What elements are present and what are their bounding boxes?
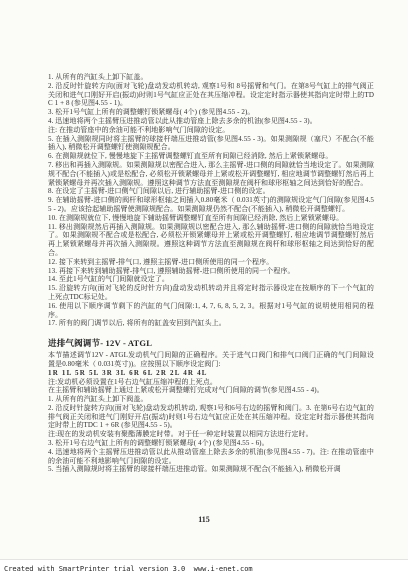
procedure-step: 3. 松开1号右边气缸上所有的调整螺钉锁紧螺母( 4个) (参见图4.55 - … xyxy=(48,439,374,448)
section-intro: 本节描述调节12V - ATGL发动机气门间隙的正确程序。关于进气口阀门和排气口… xyxy=(48,351,374,369)
procedure-step: 6. 在测隙规就位下, 慢慢地旋下主摇臂调整螺钉直至所有间隙已经消除, 然后上紧… xyxy=(48,152,374,161)
note-line: 注:现在的发动机安装有聚酯薄膜定时带。对于任一种定时装置以相同方法进行定时。 xyxy=(48,430,374,439)
note-line: 注:发动机必须设置在1号右边气缸压缩冲程的上死点。 xyxy=(48,378,374,387)
valve-order-sequence: 1R 1L 5R 5L 3R 3L 6R 6L 2R 2L 4R 4L xyxy=(48,369,374,378)
procedure-step: 2. 沿反时针旋转方向(面对飞轮)盘动发动机转动, 观察1号和 8号摇臂和气门。… xyxy=(48,82,374,108)
procedure-step: 4. 迅速地将两个主摇臂压进推动管以此从推动管座上除去多余的机油(参见图4.55… xyxy=(48,448,374,466)
procedure-step: 8. 在设定了主摇臂-进口侧气门间隙以后, 进行辅助摇臂-进口侧的设定。 xyxy=(48,187,374,196)
watermark-footer-bar: Created with SmartPrinter trial version … xyxy=(0,559,408,576)
procedure-step: 15. 沿旋转方向(面对飞轮的反时针方向)盘动发动机转动并且将定时指示器设定在按… xyxy=(48,284,374,302)
note-line: 注: 在推动管座中的余油可能不利地影响气门间隙的设定。 xyxy=(48,126,374,135)
watermark-footer-text: Created with SmartPrinter trial version … xyxy=(4,565,253,573)
procedure-step: 16. 使用以下顺序调节剩下的汽缸的气门间隙:1, 4, 7, 6, 8, 5,… xyxy=(48,302,374,320)
procedure-step: 3. 松开1号气缸上所有的调整螺钉锁紧螺母( 4个) (参见图4.55 - 2)… xyxy=(48,108,374,117)
body-text: 在主摇臂和辅助摇臂上通过上紧或松开调整螺钉完成对气门间隙的调节(参见图4.55 … xyxy=(48,386,374,395)
procedure-step: 14. 至此1号气缸的气门间隙就设定了。 xyxy=(48,275,374,284)
procedure-step: 9. 在辅助摇臂-进口侧的阀杆和球形枢轴之间插入0.80毫米（ 0.031英寸)… xyxy=(48,196,374,214)
section-heading: 进排气阀调节- 12V - ATGL xyxy=(48,337,374,349)
scanned-manual-page: { "page": { "number": "115", "footer": "… xyxy=(0,0,408,576)
procedure-step: 13. 再接下来转到辅助摇臂-排气口, 遵照辅助摇臂-进口侧所使用的同一个程序。 xyxy=(48,267,374,276)
page-number: 115 xyxy=(0,515,408,524)
procedure-step: 1. 从所有的汽缸头上卸下缸盖。 xyxy=(48,73,374,82)
page-text-block: 1. 从所有的汽缸头上卸下缸盖。 2. 沿反时针旋转方向(面对飞轮)盘动发动机转… xyxy=(48,73,374,474)
procedure-step: 1. 从所有的汽缸头上卸下阀盖。 xyxy=(48,395,374,404)
procedure-step: 10. 在测隙规就位下, 慢慢地旋下辅助摇臂调整螺钉直至所有间隙已经消除, 然后… xyxy=(48,214,374,223)
procedure-step: 11. 移出测隙规然后再插入测隙规。如果测隙规以密配合进入, 那么辅助摇臂-进口… xyxy=(48,223,374,258)
procedure-step: 5. 当插入测隙规时将主摇臂的球接杆端压进推动管。如果测隙规不配合(不能插入),… xyxy=(48,465,374,474)
procedure-step: 7. 移出和再插入测隙规。如果测隙规以密配合进入, 那么主摇臂-进口侧的间隙就恰… xyxy=(48,161,374,187)
procedure-step: 12. 接下来转到主摇臂-排气口, 遵照主摇臂-进口侧所使用的同一个程序。 xyxy=(48,258,374,267)
procedure-step: 17. 所有的阀门调节以后, 将所有的缸盖安回到汽缸头上。 xyxy=(48,319,374,328)
procedure-step: 4. 迅速地将两个主摇臂压进推动管以此从推动管座上除去多余的机油(参见图4.55… xyxy=(48,117,374,126)
procedure-step: 2. 沿反时针旋转方向(面对飞轮)盘动发动机转动, 观察1号和6号右边的摇臂和阀… xyxy=(48,404,374,430)
procedure-step: 5. 在插入测隙规同时将主摇臂的球接杆端压进推动管(参见图4.55 - 3)。如… xyxy=(48,135,374,153)
